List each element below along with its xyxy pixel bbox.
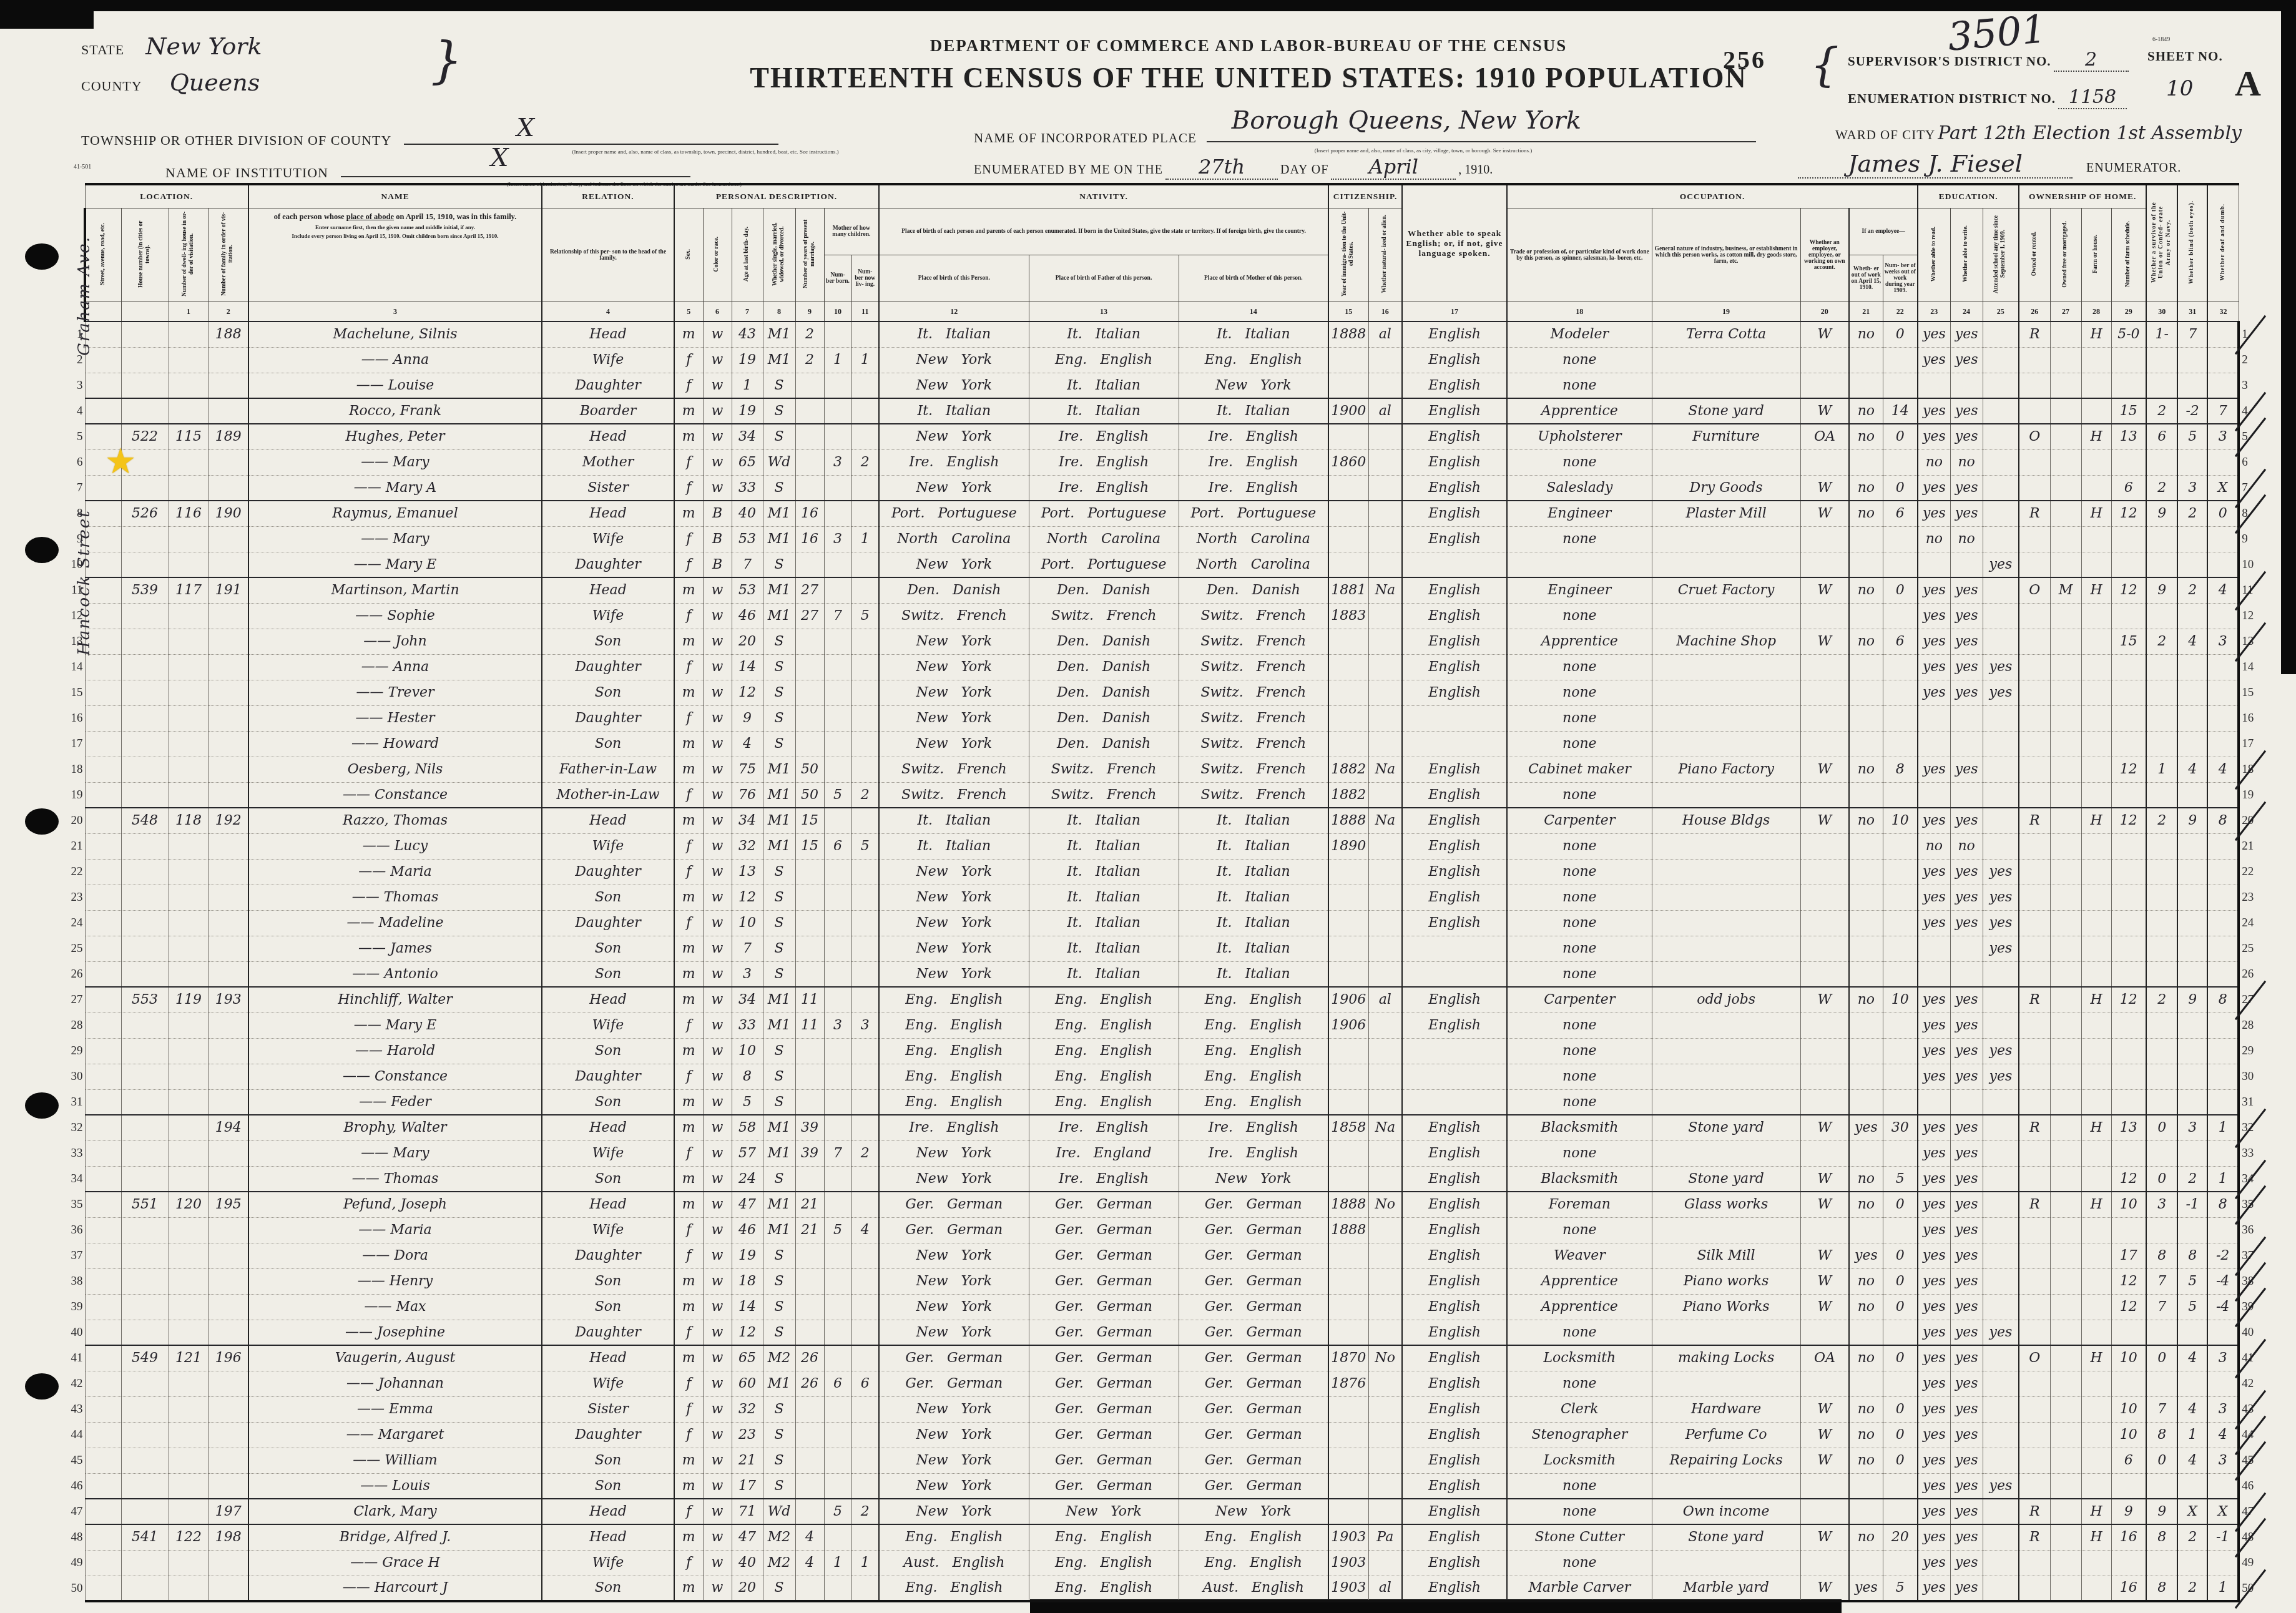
cell-write: yes <box>1950 1038 1983 1064</box>
cell-name: —— Feder <box>248 1089 542 1115</box>
cell-deaf <box>2207 782 2239 808</box>
census-row: 23—— ThomasSonmw12SNew YorkIt. ItalianIt… <box>56 885 2267 910</box>
cell-school <box>1983 1550 2019 1576</box>
cell-surv <box>2146 1140 2177 1166</box>
cell-yrs <box>795 936 824 961</box>
cell-farm <box>2081 654 2111 680</box>
cell-eng: English <box>1402 1448 1507 1473</box>
cell-mar: S <box>763 552 795 577</box>
cell-bm: Switz. French <box>1179 731 1328 757</box>
cell-n: 50 <box>56 1576 85 1601</box>
cell-blind <box>2177 833 2207 859</box>
cell-name: Hughes, Peter <box>248 424 542 449</box>
cell-yrs: 50 <box>795 757 824 782</box>
cell-sex: m <box>674 501 703 526</box>
cell-read: yes <box>1918 654 1950 680</box>
cell-n: 14 <box>56 654 85 680</box>
cell-color: w <box>703 1499 732 1524</box>
cell-nr: 25 <box>2239 936 2267 961</box>
cell-color: w <box>703 321 732 347</box>
cell-own: R <box>2019 808 2050 833</box>
group-personal: PERSONAL DESCRIPTION. <box>674 184 879 208</box>
cell-name: —— Thomas <box>248 885 542 910</box>
cell-emp <box>1800 885 1849 910</box>
cell-school <box>1983 1140 2019 1166</box>
cell-trade: none <box>1507 603 1652 629</box>
cell-sex: f <box>674 526 703 552</box>
cell-read: yes <box>1918 1499 1950 1524</box>
cell-yrs <box>795 910 824 936</box>
cell-name: —— Max <box>248 1294 542 1320</box>
cell-out: no <box>1849 1524 1883 1550</box>
cell-cl: 2 <box>851 1140 879 1166</box>
cell-ind <box>1652 782 1800 808</box>
cell-mar: M1 <box>763 526 795 552</box>
cell-eng: English <box>1402 885 1507 910</box>
cell-own <box>2019 1320 2050 1345</box>
cell-dw <box>169 1576 209 1601</box>
cell-school <box>1983 1294 2019 1320</box>
census-row: 10—— Mary EDaughterfB7SNew YorkPort. Por… <box>56 552 2267 577</box>
cell-deaf: -4 <box>2207 1268 2239 1294</box>
cell-n: 30 <box>56 1064 85 1089</box>
cell-nat <box>1368 1140 1402 1166</box>
cell-bp: New York <box>879 1499 1029 1524</box>
cell-dw <box>169 757 209 782</box>
cell-sex: f <box>674 373 703 398</box>
cell-out <box>1849 731 1883 757</box>
cell-n: 23 <box>56 885 85 910</box>
cell-rel: Daughter <box>542 373 674 398</box>
cell-read: no <box>1918 833 1950 859</box>
cell-own <box>2019 705 2050 731</box>
enumerator-signature: James J. Fiesel Enumerator. <box>1798 150 2181 179</box>
cell-cl <box>851 1422 879 1448</box>
cell-bm: Ger. German <box>1179 1371 1328 1396</box>
col-mortgage-header: Owned free or mortgaged. <box>2050 208 2081 302</box>
cell-wks <box>1883 347 1918 373</box>
cell-cb: 1 <box>824 1550 851 1576</box>
state-value: New York <box>145 32 262 60</box>
cell-house <box>121 603 169 629</box>
cell-own <box>2019 347 2050 373</box>
cell-trade: none <box>1507 373 1652 398</box>
cell-eng: English <box>1402 1473 1507 1499</box>
cell-bf: Eng. English <box>1029 1550 1179 1576</box>
cell-bp: New York <box>879 1448 1029 1473</box>
cell-name: Pefund, Joseph <box>248 1192 542 1217</box>
cell-surv <box>2146 1064 2177 1089</box>
cell-bp: It. Italian <box>879 398 1029 424</box>
col-name-header: of each person whose place of abode on A… <box>248 208 542 302</box>
cell-farm <box>2081 936 2111 961</box>
census-row: 7—— Mary ASisterfw33SNew YorkIre. Englis… <box>56 475 2267 501</box>
cell-ind <box>1652 526 1800 552</box>
cell-blind <box>2177 1473 2207 1499</box>
cell-eng: English <box>1402 654 1507 680</box>
cell-bm: Ire. English <box>1179 475 1328 501</box>
cell-n: 32 <box>56 1115 85 1140</box>
cell-sched: 12 <box>2111 1268 2146 1294</box>
cell-age: 18 <box>732 1268 763 1294</box>
cell-wks: 0 <box>1883 1448 1918 1473</box>
cell-wks <box>1883 449 1918 475</box>
cell-street <box>85 1294 121 1320</box>
cell-farm <box>2081 1243 2111 1268</box>
cell-color: w <box>703 808 732 833</box>
cell-bp: New York <box>879 552 1029 577</box>
cell-name: —— Harcourt J <box>248 1576 542 1601</box>
cell-ind: House Bldgs <box>1652 808 1800 833</box>
cell-sched: 12 <box>2111 1166 2146 1192</box>
cell-color: w <box>703 449 732 475</box>
cell-free <box>2050 757 2081 782</box>
cell-name: Oesberg, Nils <box>248 757 542 782</box>
cell-ind <box>1652 705 1800 731</box>
institution-value: X <box>491 144 508 172</box>
township-note: (Insert proper name and, also, name of c… <box>462 149 949 155</box>
cell-cl <box>851 1473 879 1499</box>
col-farmschedule-header: Number of farm schedule. <box>2111 208 2146 302</box>
cell-sex: f <box>674 782 703 808</box>
sheet-value: 10 <box>2166 76 2193 101</box>
cell-school <box>1983 1524 2019 1550</box>
cell-street <box>85 1550 121 1576</box>
cell-mar: M1 <box>763 1192 795 1217</box>
cell-fam: 188 <box>209 321 248 347</box>
cell-house <box>121 552 169 577</box>
cell-bf: Ger. German <box>1029 1371 1179 1396</box>
cell-emp <box>1800 782 1849 808</box>
cell-dw <box>169 1371 209 1396</box>
cell-nat: al <box>1368 1576 1402 1601</box>
cell-color: w <box>703 961 732 987</box>
col-relation-header: Relationship of this per- son to the hea… <box>542 208 674 302</box>
cell-free <box>2050 1243 2081 1268</box>
group-location: LOCATION. <box>85 184 248 208</box>
census-row: 3—— LouiseDaughterfw1SNew YorkIt. Italia… <box>56 373 2267 398</box>
cell-bm: Ire. English <box>1179 449 1328 475</box>
cell-dw <box>169 680 209 705</box>
cell-n: 40 <box>56 1320 85 1345</box>
cell-sched: 10 <box>2111 1192 2146 1217</box>
cell-free <box>2050 1422 2081 1448</box>
cell-surv: 2 <box>2146 808 2177 833</box>
cell-rel: Daughter <box>542 1320 674 1345</box>
cell-wks <box>1883 936 1918 961</box>
census-row: 27553119193Hinchliff, WalterHeadmw34M111… <box>56 987 2267 1012</box>
cell-sched <box>2111 1089 2146 1115</box>
cell-sex: m <box>674 936 703 961</box>
cell-cb <box>824 757 851 782</box>
cell-bp: New York <box>879 1396 1029 1422</box>
cell-yrs <box>795 731 824 757</box>
cell-blind: 3 <box>2177 1115 2207 1140</box>
cell-fam <box>209 1396 248 1422</box>
cell-bm: It. Italian <box>1179 885 1328 910</box>
cell-sched <box>2111 654 2146 680</box>
cell-bf: Eng. English <box>1029 1038 1179 1064</box>
cell-n: 33 <box>56 1140 85 1166</box>
cell-bf: Eng. English <box>1029 1524 1179 1550</box>
cell-own <box>2019 1294 2050 1320</box>
cell-out <box>1849 1140 1883 1166</box>
cell-yrs <box>795 1320 824 1345</box>
cell-read: yes <box>1918 1371 1950 1396</box>
cell-house <box>121 757 169 782</box>
cell-out: no <box>1849 1422 1883 1448</box>
cell-sex: f <box>674 1012 703 1038</box>
cell-nat <box>1368 1012 1402 1038</box>
cell-sched <box>2111 731 2146 757</box>
cell-out <box>1849 833 1883 859</box>
cell-color: w <box>703 1089 732 1115</box>
cell-cl <box>851 808 879 833</box>
cell-eng: English <box>1402 603 1507 629</box>
cell-school: yes <box>1983 859 2019 885</box>
cell-ind: Plaster Mill <box>1652 501 1800 526</box>
cell-out <box>1849 1012 1883 1038</box>
cell-name: —— Mary <box>248 1140 542 1166</box>
cell-surv <box>2146 680 2177 705</box>
census-rows: 1188Machelune, SilnisHeadmw43M12It. Ital… <box>56 321 2267 1601</box>
cell-cl <box>851 475 879 501</box>
cell-bf: Eng. English <box>1029 1064 1179 1089</box>
cell-n: 25 <box>56 936 85 961</box>
cell-emp: W <box>1800 1576 1849 1601</box>
cell-nat <box>1368 1038 1402 1064</box>
cell-nat <box>1368 782 1402 808</box>
cell-deaf: 3 <box>2207 1448 2239 1473</box>
cell-nat: No <box>1368 1345 1402 1371</box>
cell-ind <box>1652 731 1800 757</box>
census-row: 49—— Grace HWifefw40M2411Aust. EnglishEn… <box>56 1550 2267 1576</box>
cell-surv: 2 <box>2146 475 2177 501</box>
cell-cb <box>824 1576 851 1601</box>
cell-cl <box>851 1089 879 1115</box>
cell-trade: none <box>1507 654 1652 680</box>
cell-cl <box>851 1268 879 1294</box>
cell-sched: 16 <box>2111 1576 2146 1601</box>
cell-bf: Ire. England <box>1029 1140 1179 1166</box>
cell-sched: 12 <box>2111 1294 2146 1320</box>
cell-emp: W <box>1800 1243 1849 1268</box>
cell-blind: 2 <box>2177 577 2207 603</box>
census-sheet: 3501 State New York County Queens } DEPA… <box>0 0 2296 1613</box>
cell-sex: f <box>674 449 703 475</box>
cell-street <box>85 1012 121 1038</box>
cell-ind: Cruet Factory <box>1652 577 1800 603</box>
cell-eng: English <box>1402 475 1507 501</box>
cell-cb <box>824 1166 851 1192</box>
cell-bm: Aust. English <box>1179 1576 1328 1601</box>
cell-surv <box>2146 961 2177 987</box>
cell-emp <box>1800 654 1849 680</box>
cell-ind: Stone yard <box>1652 1166 1800 1192</box>
cell-read: yes <box>1918 475 1950 501</box>
cell-own: R <box>2019 987 2050 1012</box>
cell-eng: English <box>1402 680 1507 705</box>
scan-edge-top-left <box>0 0 94 29</box>
cell-age: 46 <box>732 603 763 629</box>
cell-deaf <box>2207 936 2239 961</box>
cell-read: yes <box>1918 398 1950 424</box>
cell-eng: English <box>1402 757 1507 782</box>
cell-cl <box>851 885 879 910</box>
cell-cb <box>824 1320 851 1345</box>
cell-blind: 4 <box>2177 1396 2207 1422</box>
cell-street <box>85 910 121 936</box>
cell-sched: 15 <box>2111 398 2146 424</box>
cell-color: w <box>703 424 732 449</box>
cell-wks <box>1883 1089 1918 1115</box>
cell-house <box>121 936 169 961</box>
cell-street <box>85 859 121 885</box>
cell-sched: 6 <box>2111 475 2146 501</box>
cell-yrs <box>795 1268 824 1294</box>
cell-imm <box>1328 1089 1368 1115</box>
cell-write <box>1950 731 1983 757</box>
cell-street <box>85 705 121 731</box>
cell-sex: m <box>674 1473 703 1499</box>
cell-write: yes <box>1950 577 1983 603</box>
cell-out: no <box>1849 808 1883 833</box>
cell-school <box>1983 475 2019 501</box>
cell-name: —— Anna <box>248 347 542 373</box>
cell-out <box>1849 1064 1883 1089</box>
cell-school: yes <box>1983 1320 2019 1345</box>
cell-write: yes <box>1950 1473 1983 1499</box>
cell-yrs <box>795 680 824 705</box>
cell-yrs: 11 <box>795 1012 824 1038</box>
cell-school <box>1983 1012 2019 1038</box>
cell-color: w <box>703 705 732 731</box>
cell-nat <box>1368 936 1402 961</box>
cell-bf: Ger. German <box>1029 1320 1179 1345</box>
cell-wks: 0 <box>1883 1422 1918 1448</box>
cell-write: yes <box>1950 1371 1983 1396</box>
cell-own <box>2019 782 2050 808</box>
cell-mar: S <box>763 961 795 987</box>
cell-yrs <box>795 449 824 475</box>
cell-cb <box>824 1473 851 1499</box>
cell-yrs: 26 <box>795 1371 824 1396</box>
cell-out: no <box>1849 1448 1883 1473</box>
cell-bf: Den. Danish <box>1029 654 1179 680</box>
cell-name: —— Grace H <box>248 1550 542 1576</box>
cell-trade: none <box>1507 1140 1652 1166</box>
cell-free <box>2050 680 2081 705</box>
cell-sched <box>2111 859 2146 885</box>
cell-bm: Ger. German <box>1179 1422 1328 1448</box>
cell-bm: Eng. English <box>1179 1550 1328 1576</box>
cell-free <box>2050 373 2081 398</box>
census-row: 21—— LucyWifefw32M11565It. ItalianIt. It… <box>56 833 2267 859</box>
cell-ind: Marble yard <box>1652 1576 1800 1601</box>
cell-imm <box>1328 1038 1368 1064</box>
cell-dw <box>169 782 209 808</box>
group-if-employee: If an employee— <box>1849 208 1918 255</box>
cell-trade: Weaver <box>1507 1243 1652 1268</box>
cell-eng: English <box>1402 1320 1507 1345</box>
cell-n: 44 <box>56 1422 85 1448</box>
cell-imm <box>1328 961 1368 987</box>
cell-yrs: 21 <box>795 1217 824 1243</box>
cell-trade: none <box>1507 526 1652 552</box>
cell-out: yes <box>1849 1576 1883 1601</box>
cell-cl: 2 <box>851 449 879 475</box>
cell-house <box>121 833 169 859</box>
cell-bm: Ger. German <box>1179 1243 1328 1268</box>
cell-own <box>2019 1064 2050 1089</box>
street-label-hancock: Hancock Street <box>75 362 94 655</box>
cell-trade: none <box>1507 705 1652 731</box>
cell-wks <box>1883 1012 1918 1038</box>
cell-eng: English <box>1402 1294 1507 1320</box>
cell-nat <box>1368 1089 1402 1115</box>
cell-farm <box>2081 1268 2111 1294</box>
cell-nr: 24 <box>2239 910 2267 936</box>
cell-bf: Ger. German <box>1029 1268 1179 1294</box>
cell-fam <box>209 1371 248 1396</box>
cell-write: yes <box>1950 321 1983 347</box>
cell-cb <box>824 1268 851 1294</box>
cell-fam: 197 <box>209 1499 248 1524</box>
cell-emp: W <box>1800 1422 1849 1448</box>
cell-trade: none <box>1507 1371 1652 1396</box>
census-row: 38—— HenrySonmw18SNew YorkGer. GermanGer… <box>56 1268 2267 1294</box>
cell-ind: Silk Mill <box>1652 1243 1800 1268</box>
cell-sched: 12 <box>2111 987 2146 1012</box>
cell-write: yes <box>1950 1064 1983 1089</box>
cell-own: R <box>2019 1192 2050 1217</box>
cell-name: Martinson, Martin <box>248 577 542 603</box>
cell-sex: f <box>674 1499 703 1524</box>
cell-free <box>2050 1371 2081 1396</box>
cell-trade: Carpenter <box>1507 987 1652 1012</box>
cell-read: yes <box>1918 603 1950 629</box>
cell-read <box>1918 1089 1950 1115</box>
cell-out <box>1849 526 1883 552</box>
cell-ind <box>1652 885 1800 910</box>
cell-nr: 22 <box>2239 859 2267 885</box>
cell-fam <box>209 526 248 552</box>
cell-sex: f <box>674 347 703 373</box>
census-row: 24—— MadelineDaughterfw10SNew YorkIt. It… <box>56 910 2267 936</box>
cell-fam: 192 <box>209 808 248 833</box>
cell-ind: Hardware <box>1652 1396 1800 1422</box>
cell-out: no <box>1849 501 1883 526</box>
cell-out <box>1849 347 1883 373</box>
col-sex-header: Sex. <box>674 208 703 302</box>
township-row: Township or other division of county X <box>81 122 778 149</box>
cell-write: yes <box>1950 475 1983 501</box>
cell-trade: Stone Cutter <box>1507 1524 1652 1550</box>
cell-house <box>121 526 169 552</box>
cell-bm: Ire. English <box>1179 1115 1328 1140</box>
cell-sex: m <box>674 987 703 1012</box>
cell-school <box>1983 1576 2019 1601</box>
cell-sex: m <box>674 398 703 424</box>
cell-dw: 118 <box>169 808 209 833</box>
cell-read: yes <box>1918 1038 1950 1064</box>
cell-cb: 6 <box>824 1371 851 1396</box>
cell-bm: Ger. German <box>1179 1217 1328 1243</box>
cell-bf: It. Italian <box>1029 373 1179 398</box>
cell-wks: 6 <box>1883 629 1918 654</box>
cell-surv <box>2146 910 2177 936</box>
cell-imm <box>1328 1268 1368 1294</box>
